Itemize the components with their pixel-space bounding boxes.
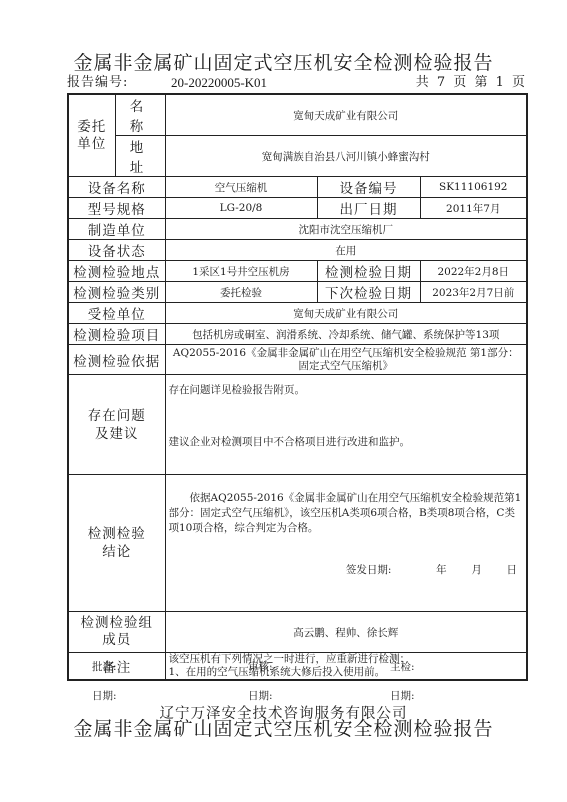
team-label-line2: 成员	[72, 632, 162, 649]
factory-date-label: 出厂日期	[317, 198, 420, 219]
row-status: 设备状态 在用	[68, 240, 527, 261]
status-value: 在用	[165, 240, 527, 261]
row-team: 检测检验组 成员 高云鹏、程帅、徐长辉	[68, 612, 527, 653]
issues-label-line2: 及建议	[72, 425, 162, 443]
items-label: 检测检验项目	[68, 324, 165, 345]
manufacturer-label: 制造单位	[68, 219, 165, 240]
model-value: LG-20/8	[165, 198, 317, 219]
conclusion-content: 依据AQ2055-2016《金属非金属矿山在用空气压缩机安全检验规范第1部分：固…	[165, 475, 527, 612]
remarks-line-2: 1、在用的空气压缩机系统大修后投入使用前。	[169, 666, 524, 679]
sign-day: 日	[507, 562, 518, 577]
review-date-label: 日期:	[248, 688, 273, 703]
conclusion-label: 检测检验 结论	[68, 475, 165, 612]
sign-month: 月	[471, 562, 482, 577]
row-manufacturer: 制造单位 沈阳市沈空压缩机厂	[68, 219, 527, 240]
review-label: 审核:	[248, 659, 273, 674]
factory-date-value: 2011年7月	[420, 198, 527, 219]
row-conclusion: 检测检验 结论 依据AQ2055-2016《金属非金属矿山在用空气压缩机安全检验…	[68, 475, 527, 612]
remarks-line-1: 该空压机有下列情况之一时进行，应重新进行检测：	[169, 653, 524, 666]
report-table: 委托 单位 名 称 宽甸天成矿业有限公司 地 址 宽甸满族自治县八河川镇小蜂蜜沟…	[67, 93, 528, 681]
inspection-date-value: 2022年2月8日	[420, 261, 527, 282]
conclusion-text: 依据AQ2055-2016《金属非金属矿山在用空气压缩机安全检验规范第1部分：固…	[169, 491, 524, 536]
inspection-date-label: 检测检验日期	[317, 261, 420, 282]
status-label: 设备状态	[68, 240, 165, 261]
page-indicator: 共 7 页 第 1 页	[416, 74, 527, 92]
row-location: 检测检验地点 1采区1号井空压机房 检测检验日期 2022年2月8日	[68, 261, 527, 282]
remarks-content: 该空压机有下列情况之一时进行，应重新进行检测： 1、在用的空气压缩机系统大修后投…	[165, 653, 527, 681]
issues-label: 存在问题 及建议	[68, 375, 165, 475]
next-date-value: 2023年2月7日前	[420, 282, 527, 303]
client-address-value: 宽甸满族自治县八河川镇小蜂蜜沟村	[165, 136, 527, 177]
basis-value: AQ2055-2016《金属非金属矿山在用空气压缩机安全检验规范 第1部分：固定…	[165, 345, 527, 375]
issues-text-1: 存在问题详见检验报告附页。	[169, 382, 524, 397]
equipment-number-value: SK11106192	[420, 177, 527, 198]
issues-text-2: 建议企业对检测项目中不合格项目进行改进和监护。	[169, 434, 524, 449]
row-basis: 检测检验依据 AQ2055-2016《金属非金属矿山在用空气压缩机安全检验规范 …	[68, 345, 527, 375]
next-date-label: 下次检验日期	[317, 282, 420, 303]
sign-date-label: 签发日期:	[346, 562, 392, 577]
document-title: 金属非金属矿山固定式空压机安全检测检验报告	[0, 52, 567, 74]
inspector-label: 主检:	[390, 659, 415, 674]
sign-year: 年	[436, 562, 447, 577]
issues-content: 存在问题详见检验报告附页。 建议企业对检测项目中不合格项目进行改进和监护。	[165, 375, 527, 475]
row-remarks: 备注 该空压机有下列情况之一时进行，应重新进行检测： 1、在用的空气压缩机系统大…	[68, 653, 527, 681]
client-name-value: 宽甸天成矿业有限公司	[165, 94, 527, 136]
row-client-address: 地 址 宽甸满族自治县八河川镇小蜂蜜沟村	[68, 136, 527, 177]
category-value: 委托检验	[165, 282, 317, 303]
issues-label-line1: 存在问题	[72, 407, 162, 425]
location-value: 1采区1号井空压机房	[165, 261, 317, 282]
team-label-line1: 检测检验组	[72, 615, 162, 632]
items-value: 包括机房或硐室、润滑系统、冷却系统、储气罐、系统保护等13项	[165, 324, 527, 345]
model-label: 型号规格	[68, 198, 165, 219]
conclusion-label-line1: 检测检验	[72, 525, 162, 543]
row-items: 检测检验项目 包括机房或硐室、润滑系统、冷却系统、储气罐、系统保护等13项	[68, 324, 527, 345]
inspected-unit-value: 宽甸天成矿业有限公司	[165, 303, 527, 324]
approve-label: 批准:	[92, 659, 117, 674]
manufacturer-value: 沈阳市沈空压缩机厂	[165, 219, 527, 240]
row-model: 型号规格 LG-20/8 出厂日期 2011年7月	[68, 198, 527, 219]
inspected-unit-label: 受检单位	[68, 303, 165, 324]
client-name-label: 名 称	[115, 94, 165, 136]
row-inspected-unit: 受检单位 宽甸天成矿业有限公司	[68, 303, 527, 324]
equipment-name-value: 空气压缩机	[165, 177, 317, 198]
row-issues: 存在问题 及建议 存在问题详见检验报告附页。 建议企业对检测项目中不合格项目进行…	[68, 375, 527, 475]
equipment-number-label: 设备编号	[317, 177, 420, 198]
client-address-label: 地 址	[115, 136, 165, 177]
row-client-name: 委托 单位 名 称 宽甸天成矿业有限公司	[68, 94, 527, 136]
sign-date-line: 签发日期: 年 月 日	[169, 562, 518, 577]
inspector-date-label: 日期:	[390, 688, 415, 703]
team-label: 检测检验组 成员	[68, 612, 165, 653]
equipment-name-label: 设备名称	[68, 177, 165, 198]
location-label: 检测检验地点	[68, 261, 165, 282]
row-category: 检测检验类别 委托检验 下次检验日期 2023年2月7日前	[68, 282, 527, 303]
client-group-label-line2: 单位	[72, 136, 112, 153]
approve-date-label: 日期:	[92, 688, 117, 703]
team-members: 高云鹏、程帅、徐长辉	[165, 612, 527, 653]
basis-label: 检测检验依据	[68, 345, 165, 375]
client-group-label: 委托 单位	[68, 94, 115, 177]
footer-title: 金属非金属矿山固定式空压机安全检测检验报告	[0, 718, 567, 740]
client-group-label-line1: 委托	[72, 119, 112, 136]
category-label: 检测检验类别	[68, 282, 165, 303]
report-header-line: 报告编号: 20-20220005-K01 共 7 页 第 1 页	[67, 74, 527, 92]
report-number-label: 报告编号:	[67, 74, 128, 92]
conclusion-label-line2: 结论	[72, 543, 162, 561]
row-equipment-name: 设备名称 空气压缩机 设备编号 SK11106192	[68, 177, 527, 198]
report-number-value: 20-20220005-K01	[171, 74, 267, 92]
